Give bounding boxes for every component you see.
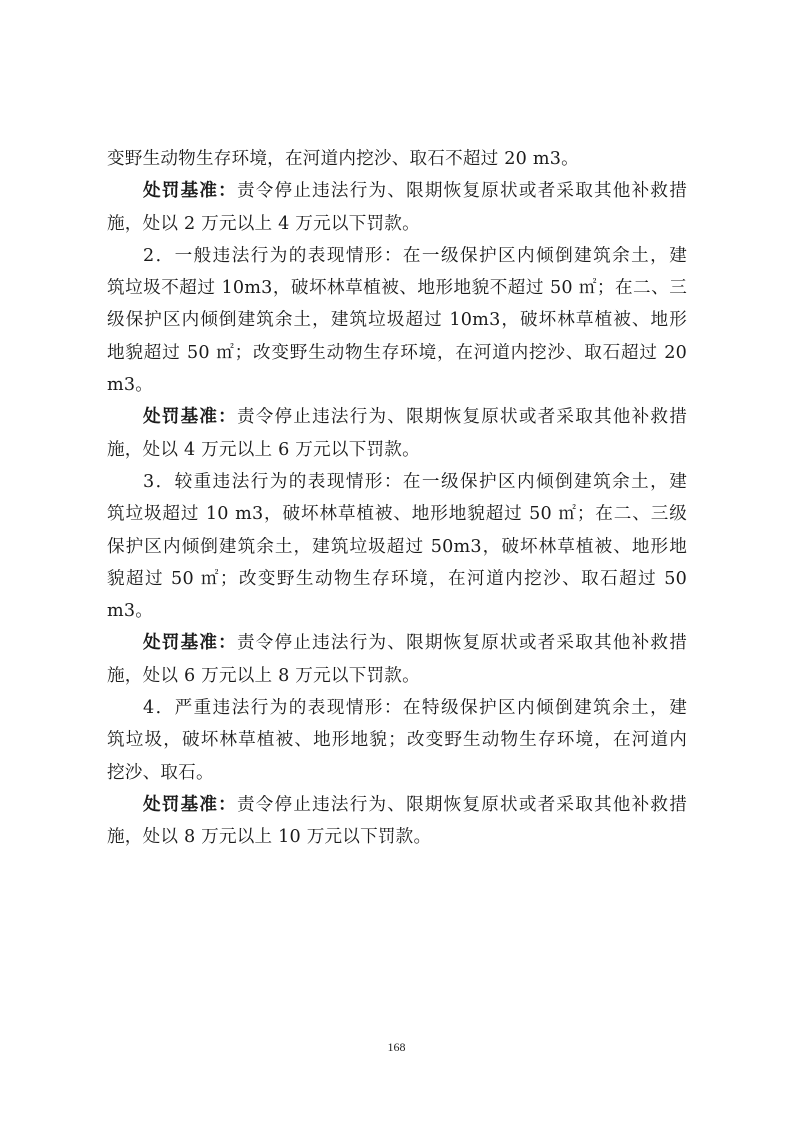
text-line: 保护区内倾倒建筑余土，建筑垃圾超过 50m3，破坏林草植被、地形地: [107, 531, 687, 563]
violation-item-heading: 3．较重违法行为的表现情形：在一级保护区内倾倒建筑余土，建: [107, 466, 687, 498]
page-number: 168: [0, 1040, 793, 1055]
penalty-standard-line: 处罚基准：责令停止违法行为、限期恢复原状或者采取其他补救措: [107, 789, 687, 821]
violation-item-heading: 4．严重违法行为的表现情形：在特级保护区内倾倒建筑余土，建: [107, 692, 687, 724]
text-line: 地貌超过 50 ㎡；改变野生动物生存环境，在河道内挖沙、取石超过 20: [107, 337, 687, 369]
text-line: 施，处以 6 万元以上 8 万元以下罚款。: [107, 660, 687, 692]
text-line: 变野生动物生存环境，在河道内挖沙、取石不超过 20 m3。: [107, 143, 687, 175]
text-line: 筑垃圾，破坏林草植被、地形地貌；改变野生动物生存环境，在河道内: [107, 724, 687, 756]
text-line: 级保护区内倾倒建筑余土，建筑垃圾超过 10m3，破坏林草植被、地形: [107, 304, 687, 336]
penalty-standard-line: 处罚基准：责令停止违法行为、限期恢复原状或者采取其他补救措: [107, 175, 687, 207]
text-line: 施，处以 8 万元以上 10 万元以下罚款。: [107, 821, 687, 853]
text-line: m3。: [107, 595, 687, 627]
penalty-standard-line: 处罚基准：责令停止违法行为、限期恢复原状或者采取其他补救措: [107, 401, 687, 433]
document-body: 变野生动物生存环境，在河道内挖沙、取石不超过 20 m3。 处罚基准：责令停止违…: [107, 143, 687, 854]
text-line: 貌超过 50 ㎡；改变野生动物生存环境，在河道内挖沙、取石超过 50: [107, 563, 687, 595]
penalty-standard-line: 处罚基准：责令停止违法行为、限期恢复原状或者采取其他补救措: [107, 627, 687, 659]
text-line: 施，处以 4 万元以上 6 万元以下罚款。: [107, 434, 687, 466]
text-line: 挖沙、取石。: [107, 757, 687, 789]
violation-item-heading: 2．一般违法行为的表现情形：在一级保护区内倾倒建筑余土，建: [107, 240, 687, 272]
text-line: 筑垃圾超过 10 m3，破坏林草植被、地形地貌超过 50 ㎡；在二、三级: [107, 498, 687, 530]
penalty-standard-label: 处罚基准：: [143, 407, 237, 427]
text-line: 筑垃圾不超过 10m3，破坏林草植被、地形地貌不超过 50 ㎡；在二、三: [107, 272, 687, 304]
penalty-standard-label: 处罚基准：: [143, 181, 237, 201]
penalty-standard-label: 处罚基准：: [143, 633, 237, 653]
penalty-standard-label: 处罚基准：: [143, 795, 237, 815]
text-line: 施，处以 2 万元以上 4 万元以下罚款。: [107, 208, 687, 240]
text-line: m3。: [107, 369, 687, 401]
